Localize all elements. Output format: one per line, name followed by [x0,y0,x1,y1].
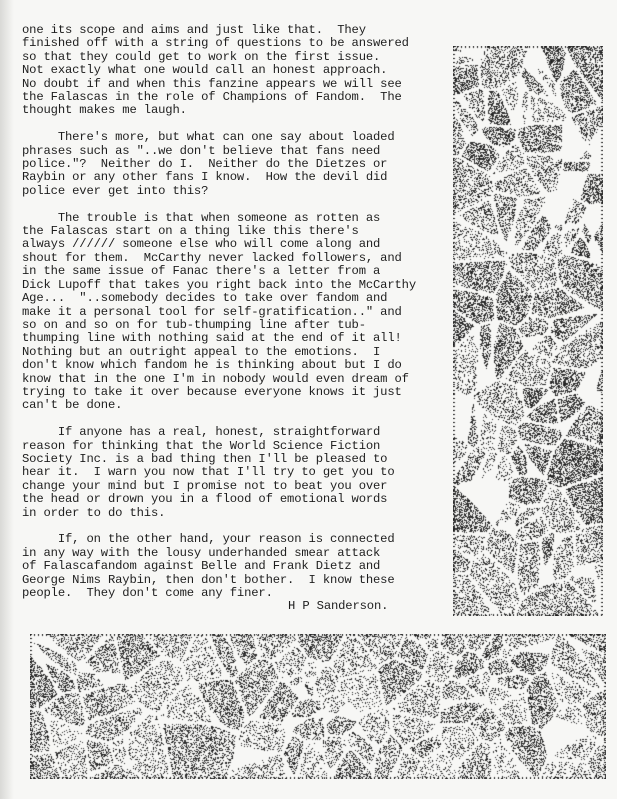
text-line: one its scope and aims and just like tha… [22,24,462,37]
text-line: Raybin or any other fans I know. How the… [22,171,462,184]
text-line: Not exactly what one would call an hones… [22,64,462,77]
text-line: trying to take it over because everyone … [22,386,462,399]
text-line: No doubt if and when this fanzine appear… [22,78,462,91]
para-loaded-phrases: There's more, but what can one say about… [22,131,462,198]
text-line: shout for them. McCarthy never lacked fo… [22,252,462,265]
text-line: phrases such as "..we don't believe that… [22,145,462,158]
text-line: people. They don't come any finer. [22,587,462,600]
text-line: of Falascafandom against Belle and Frank… [22,560,462,573]
text-line: Society Inc. is a bad thing then I'll be… [22,453,462,466]
para-trouble: The trouble is that when someone as rott… [22,212,462,413]
text-line: George Nims Raybin, then don't bother. I… [22,574,462,587]
bottom-panel-illustration [30,634,606,779]
text-line: Age... "..somebody decides to take over … [22,292,462,305]
text-line: in the same issue of Fanac there's a let… [22,265,462,278]
text-line: thumping line with nothing said at the e… [22,332,462,345]
para-opening-continuation: one its scope and aims and just like tha… [22,24,462,118]
text-line: always ////// someone else who will come… [22,238,462,251]
text-line: finished off with a string of questions … [22,37,462,50]
text-line: the Falascas in the role of Champions of… [22,91,462,104]
text-line: in order to do this. [22,507,462,520]
text-line: There's more, but what can one say about… [22,131,462,144]
text-line: police ever get into this? [22,185,462,198]
text-line: Nothing but an outright appeal to the em… [22,346,462,359]
text-line: If anyone has a real, honest, straightfo… [22,426,462,439]
text-line: The trouble is that when someone as rott… [22,212,462,225]
text-line: the Falascas start on a thing like this … [22,225,462,238]
text-line: reason for thinking that the World Scien… [22,440,462,453]
text-line: If, on the other hand, your reason is co… [22,533,462,546]
typewritten-article: one its scope and aims and just like tha… [22,24,462,614]
side-panel-illustration [453,46,603,616]
text-line: thought makes me laugh. [22,104,462,117]
text-line: so on and so on for tub-thumping line af… [22,319,462,332]
text-line: the head or drown you in a flood of emot… [22,493,462,506]
para-honest-reason: If anyone has a real, honest, straightfo… [22,426,462,520]
text-line: Dick Lupoff that takes you right back in… [22,279,462,292]
text-line: in any way with the lousy underhanded sm… [22,547,462,560]
text-line: know that in the one I'm in nobody would… [22,373,462,386]
text-line: hear it. I warn you now that I'll try to… [22,466,462,479]
author-signature: H P Sanderson. [22,600,462,613]
para-smear-attack: If, on the other hand, your reason is co… [22,533,462,600]
page-edge-shadow [0,0,14,799]
text-line: change your mind but I promise not to be… [22,480,462,493]
text-line: don't know which fandom he is thinking a… [22,359,462,372]
text-line: police."? Neither do I. Neither do the D… [22,158,462,171]
text-line: make it a personal tool for self-gratifi… [22,306,462,319]
text-line: so that they could get to work on the fi… [22,51,462,64]
text-line: can't be done. [22,399,462,412]
